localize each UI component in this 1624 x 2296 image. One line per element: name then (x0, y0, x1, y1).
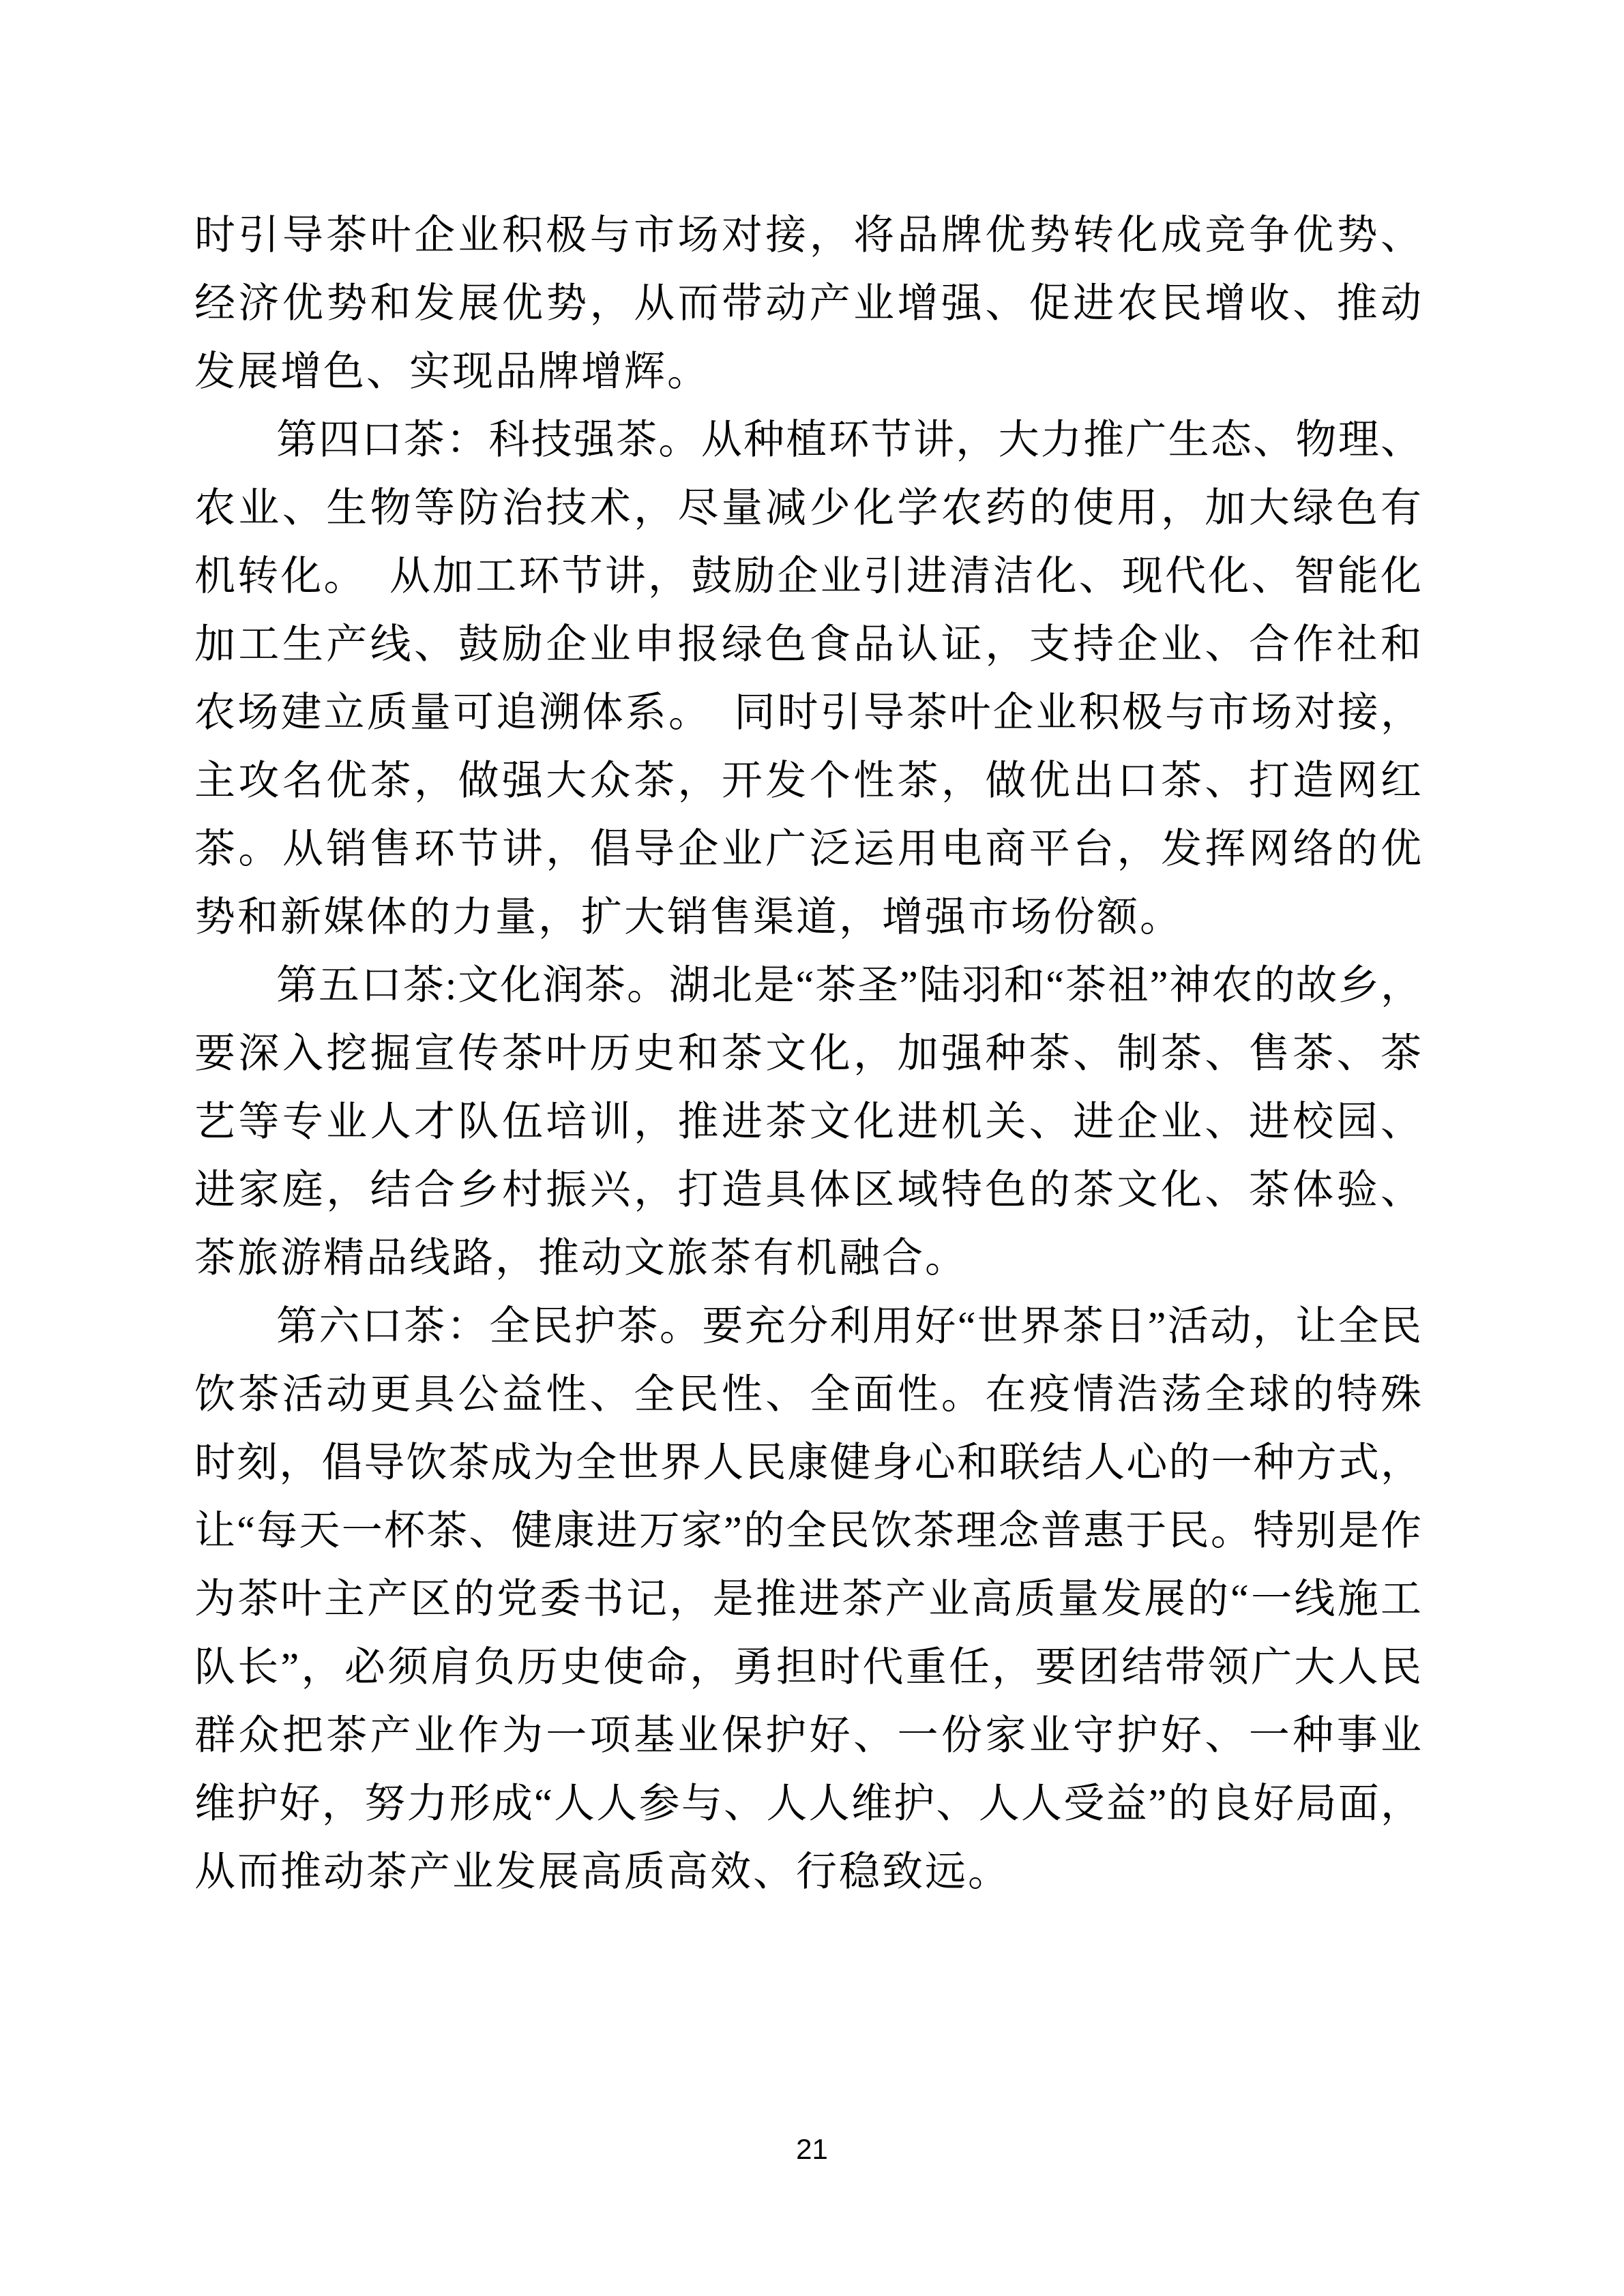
text-line: 经济优势和发展优势，从而带动产业增强、促进农民增收、推动 (194, 269, 1422, 338)
text-line: 时引导茶叶企业积极与市场对接，将品牌优势转化成竞争优势、 (194, 201, 1422, 269)
text-line: 农场建立质量可追溯体系。 同时引导茶叶企业积极与市场对接， (194, 679, 1422, 747)
text-line: 队长”，必须肩负历史使命，勇担时代重任，要团结带领广大人民 (194, 1633, 1422, 1701)
text-line: 为茶叶主产区的党委书记，是推进茶产业高质量发展的“一线施工 (194, 1565, 1422, 1633)
text-line: 让“每天一杯茶、健康进万家”的全民饮茶理念普惠于民。特别是作 (194, 1497, 1422, 1565)
text-line: 维护好，努力形成“人人参与、人人维护、人人受益”的良好局面， (194, 1770, 1422, 1838)
text-line: 加工生产线、鼓励企业申报绿色食品认证，支持企业、合作社和 (194, 610, 1422, 679)
text-line: 农业、生物等防治技术，尽量减少化学农药的使用，加大绿色有 (194, 474, 1422, 542)
text-line: 进家庭，结合乡村振兴，打造具体区域特色的茶文化、茶体验、 (194, 1156, 1422, 1224)
text-line: 机转化。 从加工环节讲，鼓励企业引进清洁化、现代化、智能化 (194, 542, 1422, 610)
text-line: 第五口茶:文化润茶。湖北是“茶圣”陆羽和“茶祖”神农的故乡， (194, 951, 1422, 1019)
text-line: 主攻名优茶，做强大众茶，开发个性茶，做优出口茶、打造网红 (194, 747, 1422, 815)
text-line: 第四口茶：科技强茶。从种植环节讲，大力推广生态、物理、 (194, 406, 1422, 474)
text-line: 第六口茶：全民护茶。要充分利用好“世界茶日”活动，让全民 (194, 1292, 1422, 1360)
text-line: 艺等专业人才队伍培训，推进茶文化进机关、进企业、进校园、 (194, 1088, 1422, 1156)
text-line: 发展增色、实现品牌增辉。 (194, 338, 1422, 406)
text-line: 饮茶活动更具公益性、全民性、全面性。在疫情浩荡全球的特殊 (194, 1360, 1422, 1429)
text-line: 势和新媒体的力量，扩大销售渠道，增强市场份额。 (194, 883, 1422, 951)
text-line: 群众把茶产业作为一项基业保护好、一份家业守护好、一种事业 (194, 1701, 1422, 1770)
text-line: 从而推动茶产业发展高质高效、行稳致远。 (194, 1838, 1422, 1906)
text-line: 茶。从销售环节讲，倡导企业广泛运用电商平台，发挥网络的优 (194, 815, 1422, 883)
text-line: 茶旅游精品线路，推动文旅茶有机融合。 (194, 1224, 1422, 1292)
page-number: 21 (0, 2133, 1624, 2166)
text-line: 要深入挖掘宣传茶叶历史和茶文化，加强种茶、制茶、售茶、茶 (194, 1019, 1422, 1088)
text-line: 时刻，倡导饮茶成为全世界人民康健身心和联结人心的一种方式， (194, 1429, 1422, 1497)
document-page: 时引导茶叶企业积极与市场对接，将品牌优势转化成竞争优势、 经济优势和发展优势，从… (0, 0, 1624, 2296)
document-body: 时引导茶叶企业积极与市场对接，将品牌优势转化成竞争优势、 经济优势和发展优势，从… (194, 201, 1422, 1906)
